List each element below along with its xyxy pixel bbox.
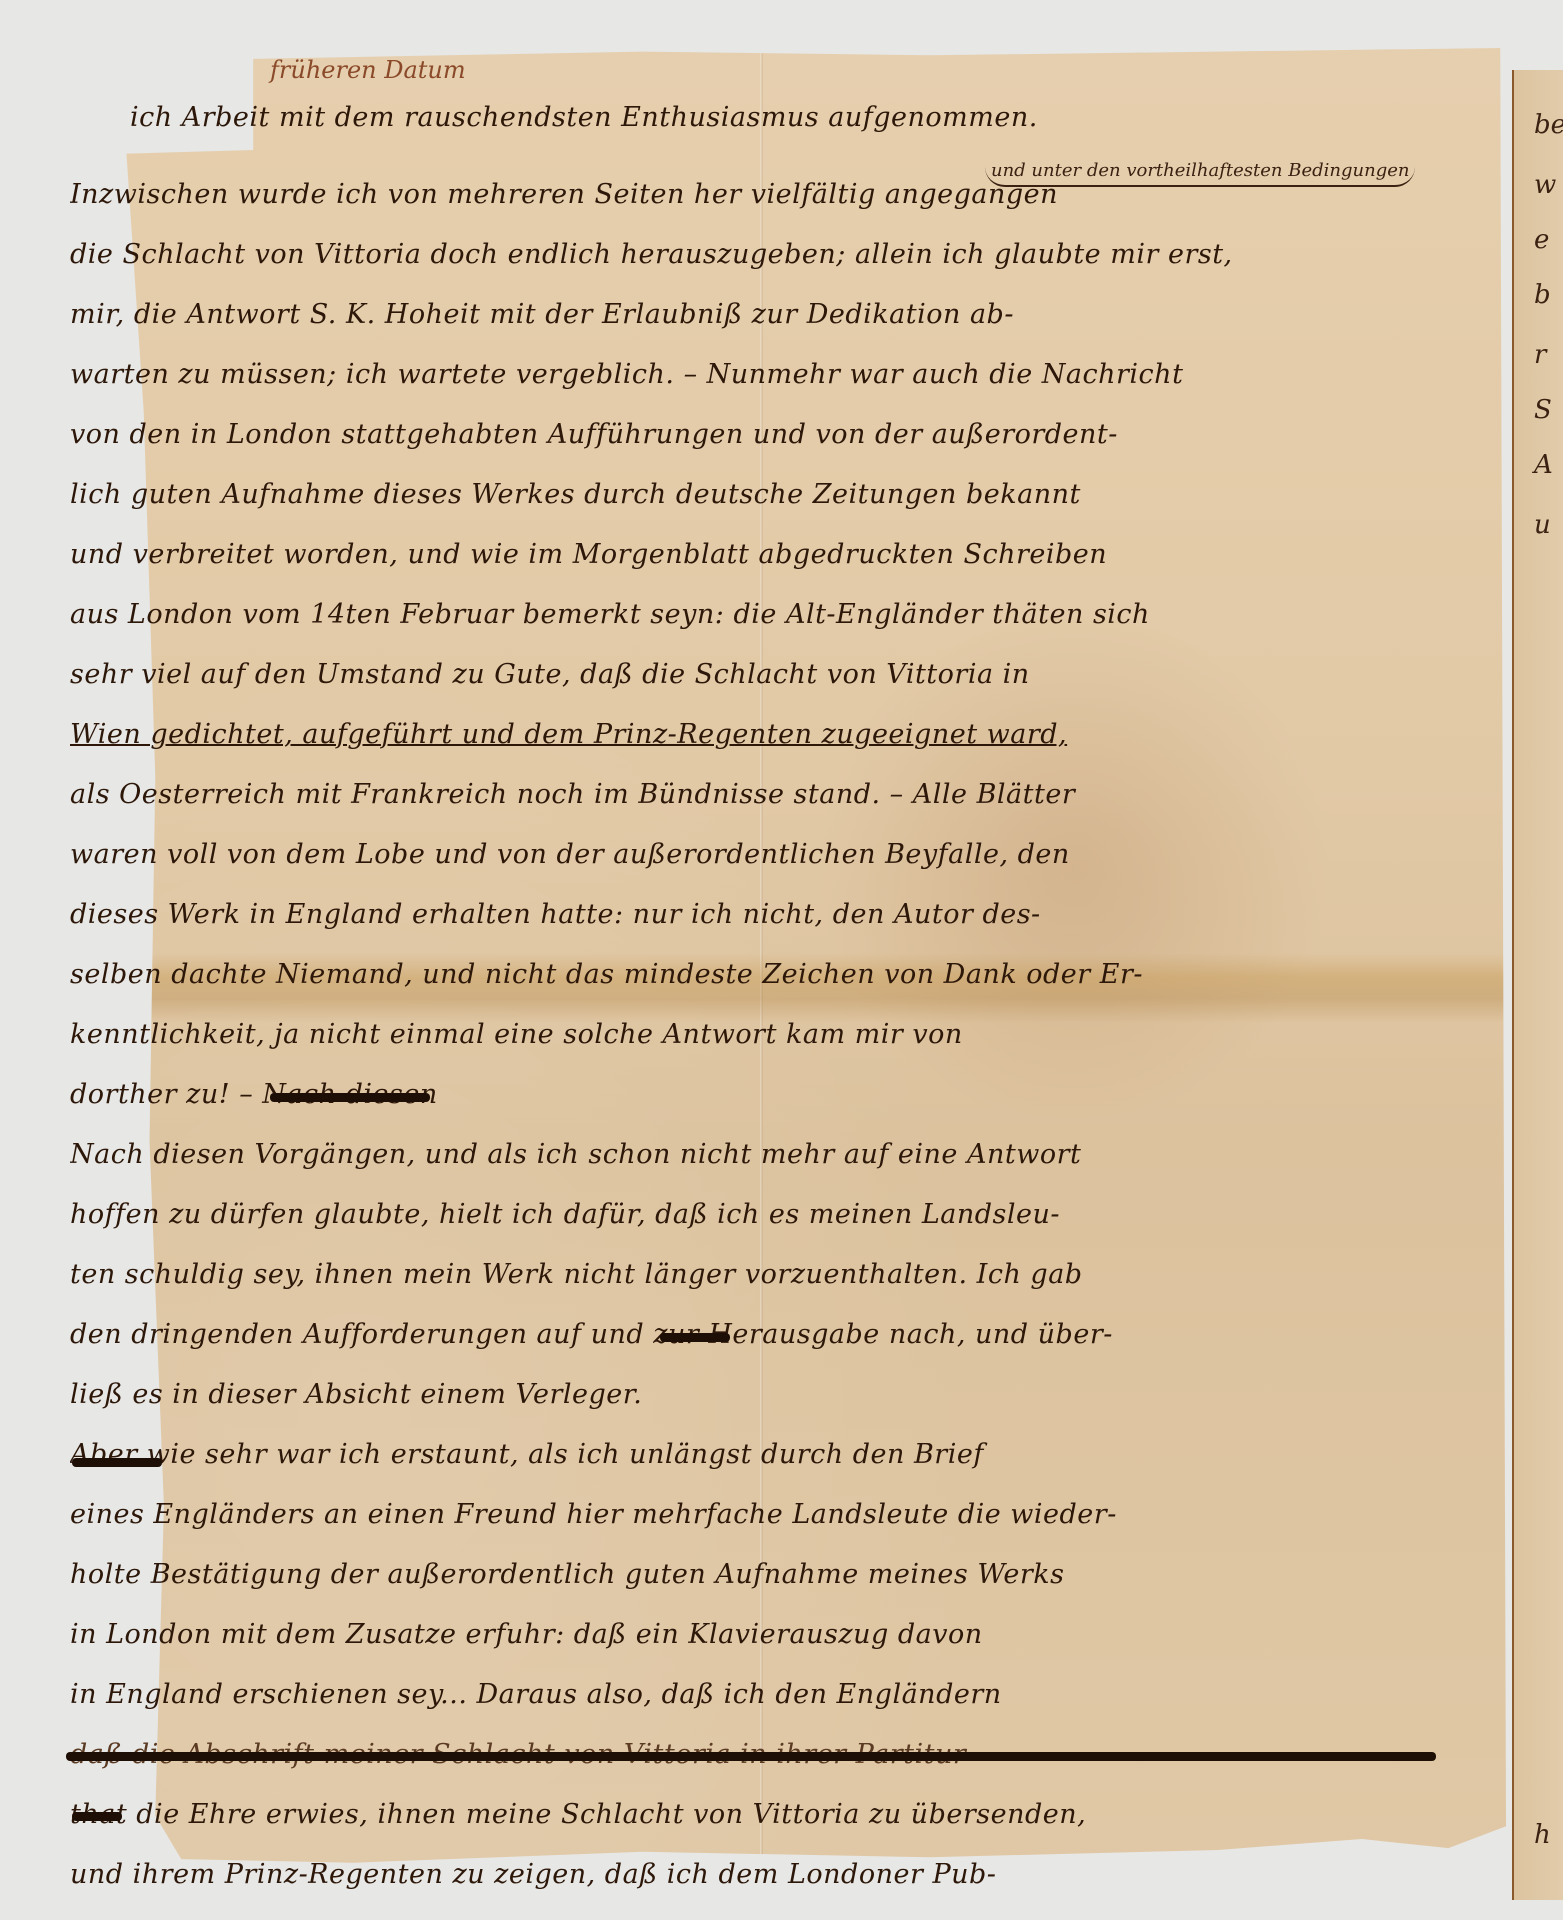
text-line: eines Engländers an einen Freund hier me… [70, 1497, 1430, 1533]
text-line: in England erschienen sey... Daraus also… [70, 1677, 1430, 1713]
strikethrough-mark [270, 1093, 430, 1102]
text-line: dieses Werk in England erhalten hatte: n… [70, 897, 1430, 933]
text-line: den dringenden Aufforderungen auf und zu… [70, 1317, 1430, 1353]
manuscript-text: früheren Datum und unter den vortheilhaf… [0, 0, 1563, 1920]
text-line: Aber wie sehr war ich erstaunt, als ich … [70, 1437, 1430, 1473]
text-line: als Oesterreich mit Frankreich noch im B… [70, 777, 1430, 813]
text-line: hoffen zu dürfen glaubte, hielt ich dafü… [70, 1197, 1430, 1233]
strikethrough-mark [72, 1458, 162, 1467]
marginal-annotation: früheren Datum [270, 56, 466, 84]
text-line: that die Ehre erwies, ihnen meine Schlac… [70, 1797, 1430, 1833]
text-line: ich Arbeit mit dem rauschendsten Enthusi… [130, 100, 1490, 136]
text-line: und verbreitet worden, und wie im Morgen… [70, 537, 1430, 573]
text-line: kenntlichkeit, ja nicht einmal eine solc… [70, 1017, 1430, 1053]
text-line: ten schuldig sey, ihnen mein Werk nicht … [70, 1257, 1430, 1293]
text-line: Wien gedichtet, aufgeführt und dem Prinz… [70, 717, 1430, 753]
text-line: in London mit dem Zusatze erfuhr: daß ei… [70, 1617, 1430, 1653]
text-line: aus London vom 14ten Februar bemerkt sey… [70, 597, 1430, 633]
text-line: und ihrem Prinz-Regenten zu zeigen, daß … [70, 1857, 1430, 1893]
text-line: ließ es in dieser Absicht einem Verleger… [70, 1377, 1430, 1413]
text-line: sehr viel auf den Umstand zu Gute, daß d… [70, 657, 1430, 693]
text-line: waren voll von dem Lobe und von der auße… [70, 837, 1430, 873]
strikethrough-mark [66, 1752, 1436, 1761]
text-line: die Schlacht von Vittoria doch endlich h… [70, 237, 1430, 273]
text-line: von den in London stattgehabten Aufführu… [70, 417, 1430, 453]
text-line: mir, die Antwort S. K. Hoheit mit der Er… [70, 297, 1430, 333]
strikethrough-mark [72, 1812, 122, 1821]
text-line: Nach diesen Vorgängen, und als ich schon… [70, 1137, 1430, 1173]
text-line: lich guten Aufnahme dieses Werkes durch … [70, 477, 1430, 513]
text-line: selben dachte Niemand, und nicht das min… [70, 957, 1430, 993]
text-line: warten zu müssen; ich wartete vergeblich… [70, 357, 1430, 393]
text-line: Inzwischen wurde ich von mehreren Seiten… [70, 177, 1430, 213]
strikethrough-mark [660, 1333, 730, 1342]
text-line: holte Bestätigung der außerordentlich gu… [70, 1557, 1430, 1593]
